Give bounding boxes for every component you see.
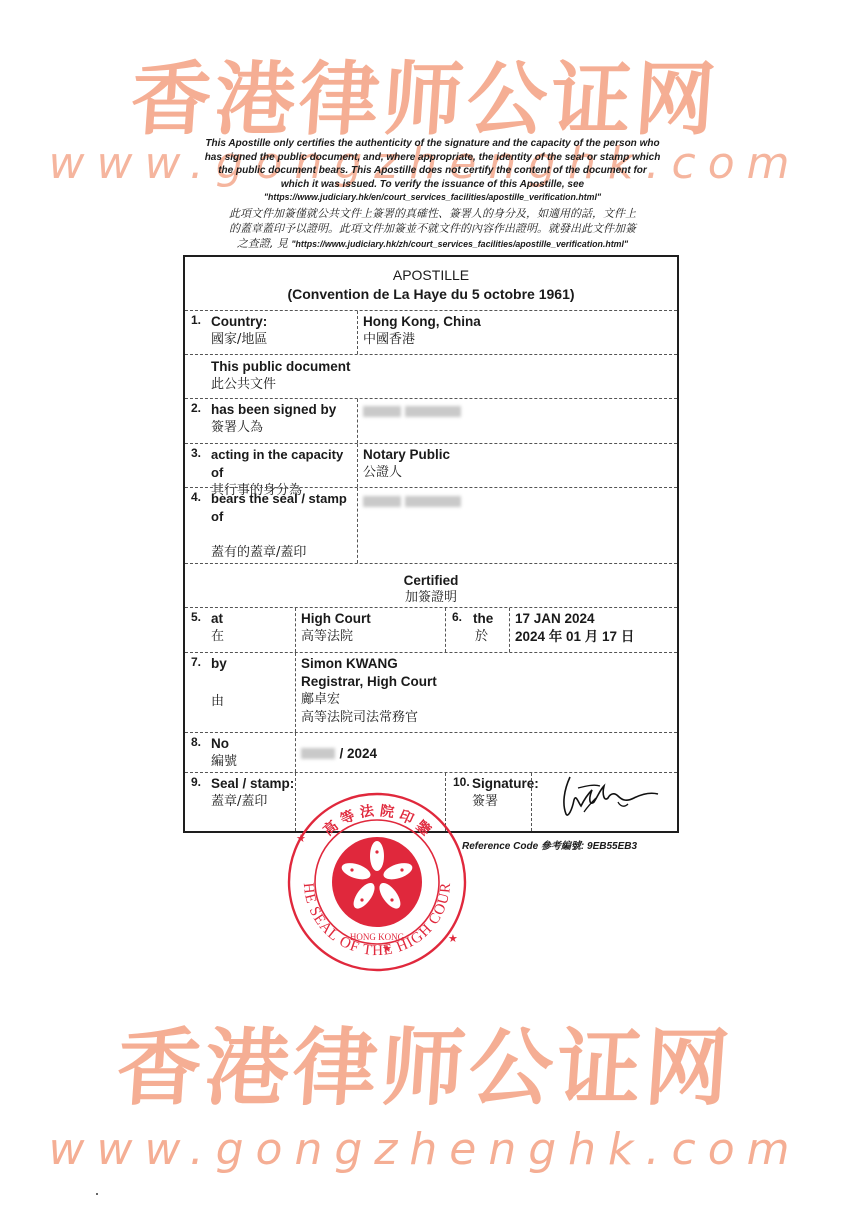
watermark-brand-top: 香港律师公证网 [0, 52, 850, 148]
field-label: acting in the capacity of [211, 446, 357, 482]
verification-link-cn[interactable]: "https://www.judiciary.hk/zh/court_servi… [291, 239, 628, 249]
reference-code: Reference Code 參考編號: 9EB55EB3 [462, 837, 637, 852]
field-label: at [211, 610, 224, 628]
field-number: 7. [191, 655, 201, 669]
apostille-certificate: APOSTILLE (Convention de La Haye du 5 oc… [183, 255, 679, 833]
disclaimer-line: the public document bears. This Apostill… [185, 164, 680, 178]
disclaimer-line: This Apostille only certifies the authen… [185, 137, 680, 151]
disclaimer-line: which it was issued. To verify the issua… [185, 178, 680, 192]
apostille-number-year: / 2024 [339, 746, 377, 761]
field-number: 9. [191, 775, 201, 789]
svg-text:★: ★ [382, 942, 392, 955]
field-label-cn: 編號 [211, 753, 237, 771]
field-label-cn: 簽署 [472, 793, 539, 811]
field-by: 7. by 由 Simon KWANG Registrar, High Cour… [185, 652, 677, 732]
svg-text:HONG KONG: HONG KONG [350, 932, 405, 942]
field-public-document: This public document 此公共文件 [185, 354, 677, 398]
date-value-cn: 2024 年 01 月 17 日 [515, 628, 634, 646]
field-label: Country: [211, 313, 267, 331]
place-value: High Court [301, 610, 371, 628]
field-number: 3. [191, 446, 201, 460]
certified-header: Certified 加簽證明 [185, 563, 677, 607]
apostille-header: APOSTILLE (Convention de La Haye du 5 oc… [185, 257, 677, 310]
field-label: This public document [211, 358, 351, 376]
svg-text:★: ★ [296, 832, 306, 845]
field-number: 6. [452, 610, 462, 624]
field-number-row: 8. No 編號 / 2024 [185, 732, 677, 772]
field-number: 1. [191, 313, 201, 327]
field-label: the [473, 610, 493, 628]
capacity-value-cn: 公證人 [363, 464, 450, 482]
field-label-cn: 於 [473, 628, 493, 646]
registrar-name: Simon KWANG [301, 655, 437, 673]
svg-text:★: ★ [448, 932, 458, 945]
certified-label: Certified [185, 572, 677, 590]
registrar-title: Registrar, High Court [301, 673, 437, 691]
apostille-title: APOSTILLE [185, 266, 677, 284]
high-court-seal: THE SEAL OF THE HIGH COURT 高 等 法 院 印 鑒 H… [282, 790, 472, 975]
verification-link-en[interactable]: "https://www.judiciary.hk/en/court_servi… [185, 191, 680, 205]
place-value-cn: 高等法院 [301, 628, 371, 646]
field-label: No [211, 735, 237, 753]
field-label-cn: 蓋有的蓋章/蓋印 [211, 544, 357, 562]
watermark-brand-bottom: 香港律师公证网 [0, 1018, 850, 1118]
disclaimer-line-cn: 之查證, 見 [237, 237, 288, 250]
apostille-subtitle: (Convention de La Haye du 5 octobre 1961… [185, 285, 677, 303]
signer-name-redacted [363, 403, 461, 421]
field-at-date: 5. at 在 High Court 高等法院 6. the 於 17 JAN … [185, 607, 677, 652]
watermark-url-bottom: www.gongzhenghk.com [0, 1122, 850, 1178]
field-capacity: 3. acting in the capacity of 其行事的身分為 Not… [185, 443, 677, 487]
field-country: 1. Country: 國家/地區 Hong Kong, China 中國香港 [185, 310, 677, 354]
field-label-cn: 此公共文件 [211, 376, 351, 394]
field-label: Signature: [472, 775, 539, 793]
field-label-cn: 由 [211, 693, 227, 711]
field-number: 10. [453, 775, 470, 789]
field-number: 5. [191, 610, 201, 624]
field-label-cn: 國家/地區 [211, 331, 267, 349]
field-number: 4. [191, 490, 201, 504]
field-seal-of: 4. bears the seal / stamp of 蓋有的蓋章/蓋印 [185, 487, 677, 563]
seal-owner-redacted [363, 493, 461, 511]
field-label-cn: 簽署人為 [211, 419, 336, 437]
date-value: 17 JAN 2024 [515, 610, 634, 628]
disclaimer-en: This Apostille only certifies the authen… [185, 137, 680, 205]
disclaimer-line-cn: 此項文件加簽僅就公共文件上簽署的真確性、簽署人的身分及，如適用的話，文件上 [185, 206, 680, 221]
field-label: by [211, 655, 227, 673]
field-number: 2. [191, 401, 201, 415]
field-signed-by: 2. has been signed by 簽署人為 [185, 398, 677, 443]
disclaimer-line: has signed the public document, and, whe… [185, 151, 680, 165]
certified-label-cn: 加簽證明 [185, 589, 677, 607]
field-number: 8. [191, 735, 201, 749]
registrar-name-cn: 鄺卓宏 [301, 691, 437, 709]
field-label: bears the seal / stamp of [211, 490, 357, 526]
country-value-cn: 中國香港 [363, 331, 481, 349]
signature-image [548, 772, 660, 827]
capacity-value: Notary Public [363, 446, 450, 464]
scan-speck [96, 1193, 98, 1195]
country-value: Hong Kong, China [363, 313, 481, 331]
disclaimer-cn: 此項文件加簽僅就公共文件上簽署的真確性、簽署人的身分及，如適用的話，文件上 的蓋… [185, 206, 680, 252]
field-label-cn: 在 [211, 628, 224, 646]
registrar-title-cn: 高等法院司法常務官 [301, 709, 437, 727]
apostille-number-redacted [301, 748, 335, 759]
field-label: has been signed by [211, 401, 336, 419]
disclaimer-line-cn: 的蓋章蓋印予以證明。此項文件加簽並不就文件的內容作出證明。就發出此文件加簽 [185, 221, 680, 236]
